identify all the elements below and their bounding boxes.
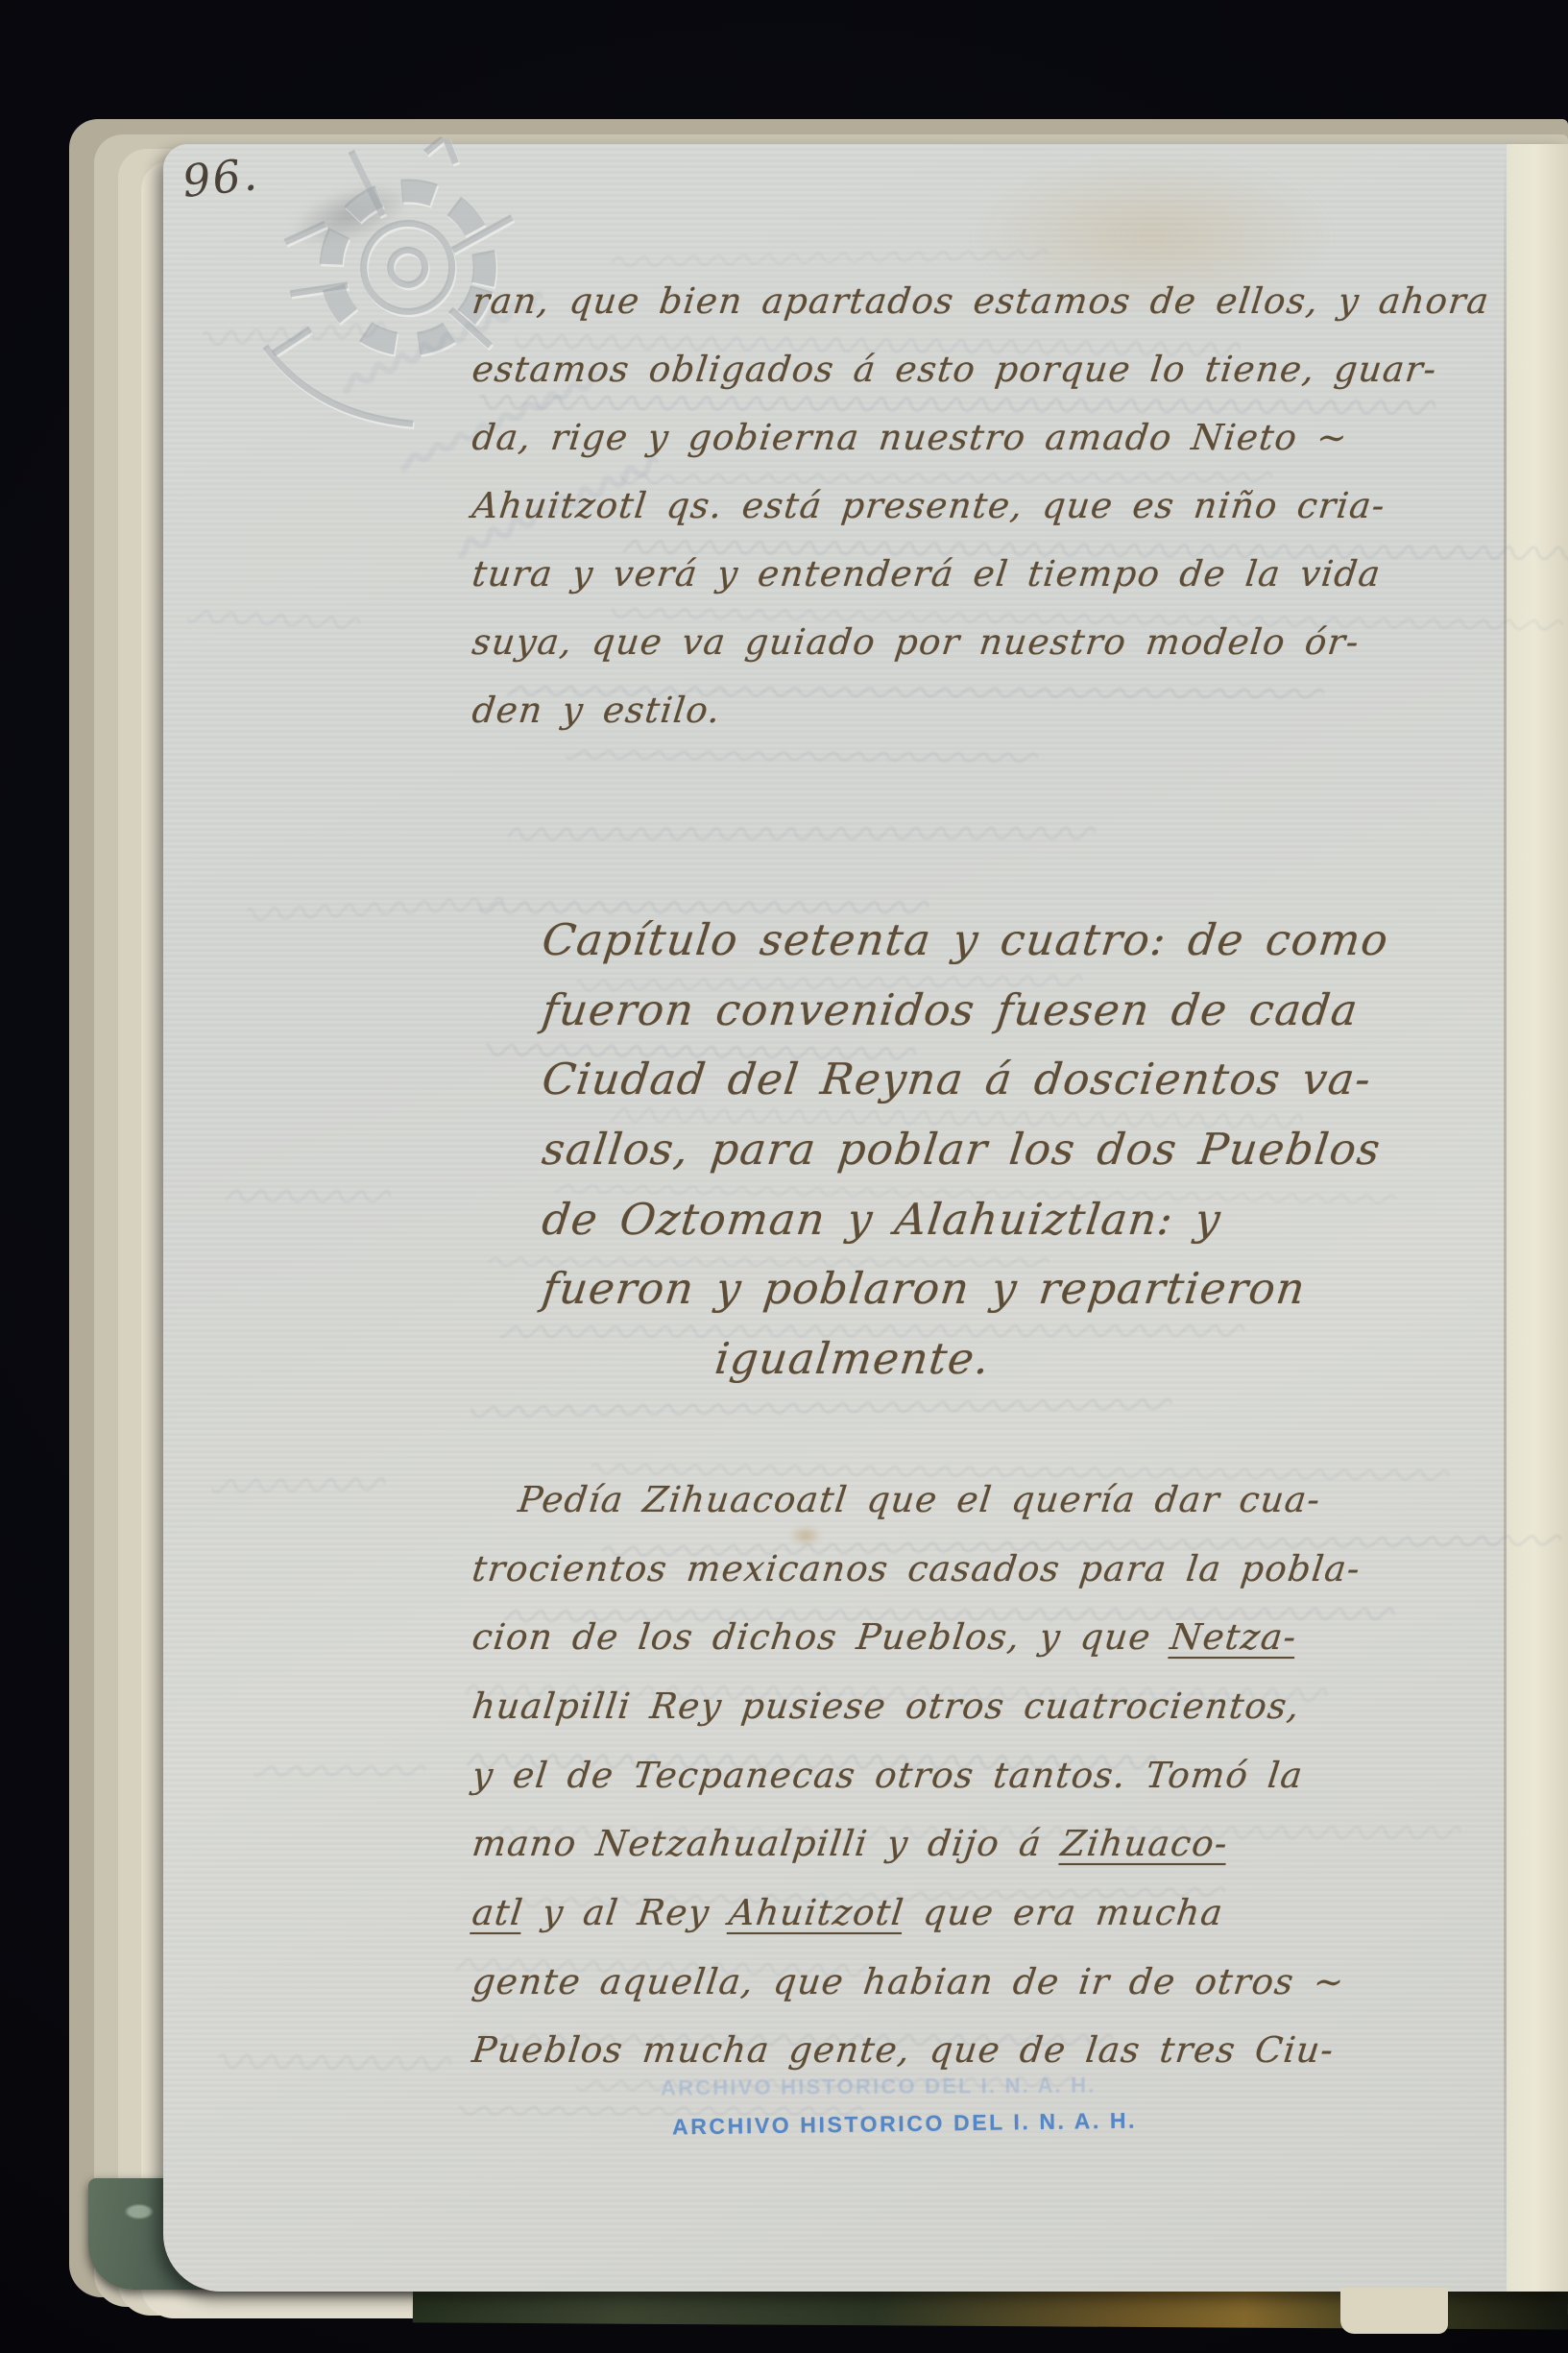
- manuscript-line: fueron convenidos fuesen de cada: [540, 984, 1362, 1035]
- manuscript-line: gente aquella, que habian de ir de otros…: [470, 1961, 1347, 2002]
- manuscript-text: Pueblos mucha gente, que de las tres Ciu…: [470, 2029, 1337, 2071]
- manuscript-line: cion de los dichos Pueblos, y que Netza-: [470, 1616, 1299, 1658]
- manuscript-text: fueron convenidos fuesen de cada: [540, 984, 1362, 1035]
- underlined-word: Ahuitzotl: [727, 1892, 906, 1933]
- manuscript-line: estamos obligados á esto porque lo tiene…: [470, 349, 1439, 390]
- manuscript-line: Capítulo setenta y cuatro: de como: [540, 914, 1392, 965]
- manuscript-line: Pedía Zihuacoatl que el quería dar cua-: [516, 1479, 1323, 1520]
- manuscript-text: tura y verá y entenderá el tiempo de la …: [470, 553, 1384, 594]
- manuscript-text: Pedía Zihuacoatl que el quería dar cua-: [516, 1479, 1323, 1520]
- manuscript-line: de Oztoman y Alahuiztlan: y: [540, 1194, 1224, 1245]
- manuscript-text: igualmente.: [712, 1333, 994, 1384]
- manuscript-text: estamos obligados á esto porque lo tiene…: [470, 349, 1439, 390]
- manuscript-text: cion de los dichos Pueblos, y que: [470, 1616, 1172, 1658]
- manuscript-text: y el de Tecpanecas otros tantos. Tomó la: [470, 1755, 1306, 1796]
- manuscript-line: trocientos mexicanos casados para la pob…: [470, 1548, 1363, 1589]
- manuscript-line: mano Netzahualpilli y dijo á Zihuaco-: [470, 1823, 1230, 1864]
- manuscript-text: mano Netzahualpilli y dijo á: [470, 1823, 1063, 1864]
- manuscript-text: da, rige y gobierna nuestro amado Nieto …: [470, 417, 1350, 458]
- manuscript-line: den y estilo.: [470, 690, 723, 731]
- manuscript-text: Capítulo setenta y cuatro: de como: [540, 914, 1392, 965]
- manuscript-text: fueron y poblaron y repartieron: [540, 1263, 1309, 1314]
- manuscript-line: suya, que va guiado por nuestro modelo ó…: [470, 621, 1362, 663]
- manuscript-text: de Oztoman y Alahuiztlan: y: [540, 1194, 1224, 1245]
- manuscript-line: y el de Tecpanecas otros tantos. Tomó la: [470, 1755, 1306, 1796]
- manuscript-text: suya, que va guiado por nuestro modelo ó…: [470, 621, 1362, 663]
- manuscript-line: sallos, para poblar los dos Pueblos: [540, 1124, 1384, 1175]
- manuscript-line: Ciudad del Reyna á doscientos va-: [540, 1054, 1375, 1104]
- manuscript-text: Ahuitzotl qs. está presente, que es niño…: [470, 485, 1387, 526]
- manuscript-line: igualmente.: [712, 1333, 994, 1384]
- manuscript-text: den y estilo.: [470, 690, 723, 731]
- manuscript-text: ran, que bien apartados estamos de ellos…: [470, 280, 1491, 322]
- manuscript-line: fueron y poblaron y repartieron: [540, 1263, 1309, 1314]
- manuscript-text: y al Rey: [520, 1892, 732, 1933]
- manuscript-line: hualpilli Rey pusiese otros cuatrociento…: [470, 1686, 1302, 1727]
- manuscript-text: sallos, para poblar los dos Pueblos: [540, 1124, 1384, 1175]
- manuscript-line: Ahuitzotl qs. está presente, que es niño…: [470, 485, 1387, 526]
- underlined-word: Netza-: [1168, 1616, 1299, 1658]
- manuscript-text: Ciudad del Reyna á doscientos va-: [540, 1054, 1375, 1104]
- photo-background: 96. ran, que bien apartados estamos de e…: [0, 0, 1568, 2353]
- manuscript-line: atl y al Rey Ahuitzotl que era mucha: [470, 1892, 1225, 1933]
- manuscript-line: ran, que bien apartados estamos de ellos…: [470, 280, 1491, 322]
- manuscript-text: trocientos mexicanos casados para la pob…: [470, 1548, 1363, 1589]
- manuscript-text-layer: ran, que bien apartados estamos de ellos…: [0, 0, 1568, 2353]
- manuscript-text: hualpilli Rey pusiese otros cuatrociento…: [470, 1686, 1302, 1727]
- inah-stamp-ghost: ARCHIVO HISTORICO DEL I. N. A. H.: [661, 2073, 1097, 2100]
- manuscript-line: Pueblos mucha gente, que de las tres Ciu…: [470, 2029, 1337, 2071]
- manuscript-text: que era mucha: [902, 1892, 1226, 1933]
- manuscript-line: tura y verá y entenderá el tiempo de la …: [470, 553, 1384, 594]
- manuscript-text: gente aquella, que habian de ir de otros…: [470, 1961, 1347, 2002]
- manuscript-line: da, rige y gobierna nuestro amado Nieto …: [470, 417, 1350, 458]
- underlined-word: Zihuaco-: [1059, 1823, 1231, 1864]
- underlined-word: atl: [470, 1892, 525, 1933]
